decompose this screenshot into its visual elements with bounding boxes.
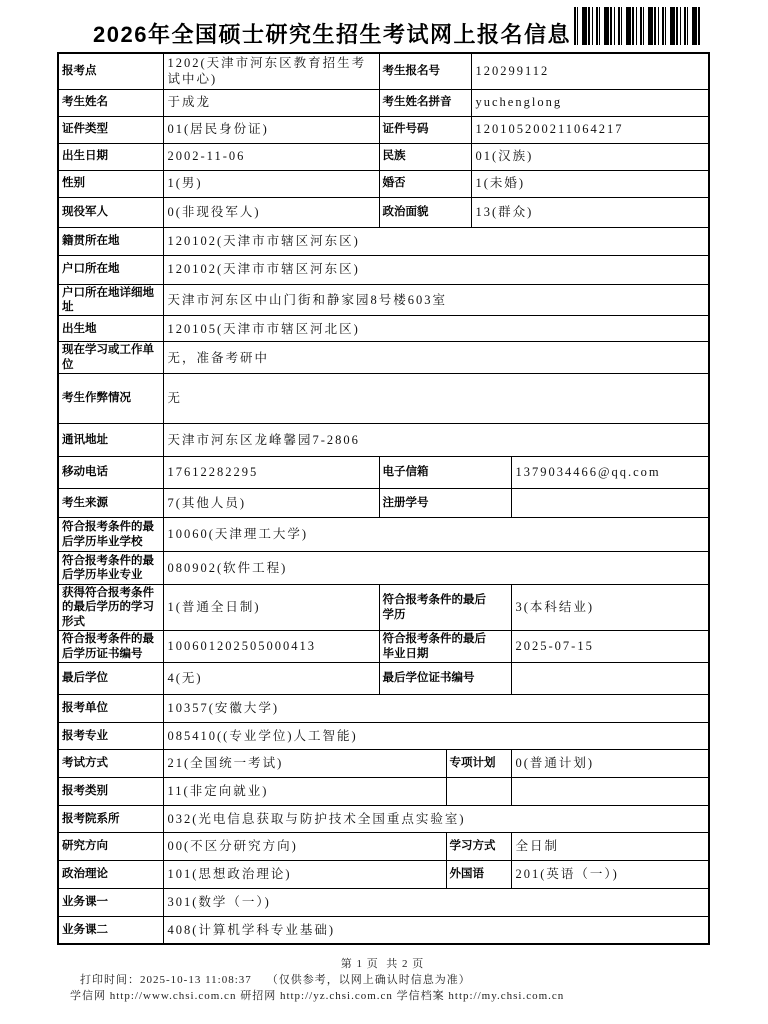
field-label: 出生地 — [58, 316, 163, 342]
table-row: 籍贯所在地120102(天津市市辖区河东区) — [58, 227, 709, 255]
field-value: 2002-11-06 — [163, 143, 379, 170]
field-value: 1379034466@qq.com — [511, 457, 709, 489]
field-value: 21(全国统一考试) — [163, 749, 446, 777]
table-row: 通讯地址天津市河东区龙峰馨园7-2806 — [58, 424, 709, 457]
field-value: 4(无) — [163, 662, 379, 694]
field-label: 考生姓名 — [58, 89, 163, 116]
field-label: 业务课一 — [58, 888, 163, 916]
table-row: 性别1(男)婚否1(未婚) — [58, 170, 709, 197]
table-row: 户口所在地120102(天津市市辖区河东区) — [58, 255, 709, 284]
field-value: 201(英语（一）) — [511, 860, 709, 888]
field-label: 注册学号 — [379, 489, 511, 518]
field-value: 1(男) — [163, 170, 379, 197]
field-label: 符合报考条件的最后学历 — [379, 585, 511, 631]
field-label: 业务课二 — [58, 916, 163, 944]
field-value: 17612282295 — [163, 457, 379, 489]
field-label: 现在学习或工作单位 — [58, 342, 163, 374]
field-label: 政治面貌 — [379, 197, 471, 227]
field-value: 11(非定向就业) — [163, 777, 446, 805]
field-value: 1202(天津市河东区教育招生考试中心) — [163, 53, 379, 89]
table-row: 出生地120105(天津市市辖区河北区) — [58, 316, 709, 342]
table-row: 符合报考条件的最后学历毕业学校10060(天津理工大学) — [58, 518, 709, 552]
barcode-image — [574, 7, 701, 45]
page-title: 2026年全国硕士研究生招生考试网上报名信息 — [93, 18, 571, 49]
table-row: 获得符合报考条件的最后学历的学习形式1(普通全日制)符合报考条件的最后学历3(本… — [58, 585, 709, 631]
field-value: 3(本科结业) — [511, 585, 709, 631]
table-row: 考生作弊情况无 — [58, 374, 709, 424]
field-value: 天津市河东区龙峰馨园7-2806 — [163, 424, 709, 457]
table-row: 出生日期2002-11-06民族01(汉族) — [58, 143, 709, 170]
field-label: 考生报名号 — [379, 53, 471, 89]
field-value: 天津市河东区中山门街和静家园8号楼603室 — [163, 284, 709, 316]
footer-print-time: 打印时间：2025-10-13 11:08:37 （仅供参考，以网上确认时信息为… — [80, 971, 471, 987]
registration-info-table: 报考点1202(天津市河东区教育招生考试中心)考生报名号120299112考生姓… — [57, 52, 710, 945]
field-label: 证件类型 — [58, 116, 163, 143]
table-row: 考生姓名于成龙考生姓名拼音yuchenglong — [58, 89, 709, 116]
field-label: 证件号码 — [379, 116, 471, 143]
field-label: 外国语 — [446, 860, 511, 888]
table-row: 报考院系所032(光电信息获取与防护技术全国重点实验室) — [58, 805, 709, 832]
field-label: 获得符合报考条件的最后学历的学习形式 — [58, 585, 163, 631]
field-label: 报考专业 — [58, 722, 163, 749]
field-value — [511, 489, 709, 518]
field-value: 085410((专业学位)人工智能) — [163, 722, 709, 749]
field-label: 移动电话 — [58, 457, 163, 489]
field-label: 考试方式 — [58, 749, 163, 777]
field-value: 无 — [163, 374, 709, 424]
field-value: 2025-07-15 — [511, 631, 709, 663]
table-row: 政治理论101(思想政治理论)外国语201(英语（一）) — [58, 860, 709, 888]
table-row: 现在学习或工作单位无，准备考研中 — [58, 342, 709, 374]
field-label: 现役军人 — [58, 197, 163, 227]
field-label: 报考点 — [58, 53, 163, 89]
table-row: 户口所在地详细地址天津市河东区中山门街和静家园8号楼603室 — [58, 284, 709, 316]
table-row: 移动电话17612282295电子信箱1379034466@qq.com — [58, 457, 709, 489]
field-label: 考生姓名拼音 — [379, 89, 471, 116]
field-value: 于成龙 — [163, 89, 379, 116]
footer-page-indicator: 第 1 页 共 2 页 — [57, 955, 708, 971]
field-value: 01(居民身份证) — [163, 116, 379, 143]
table-row: 业务课一301(数学（一）) — [58, 888, 709, 916]
table-row: 现役军人0(非现役军人)政治面貌13(群众) — [58, 197, 709, 227]
table-row: 证件类型01(居民身份证)证件号码120105200211064217 — [58, 116, 709, 143]
field-value: 408(计算机学科专业基础) — [163, 916, 709, 944]
table-row: 研究方向00(不区分研究方向)学习方式全日制 — [58, 832, 709, 860]
field-value — [511, 662, 709, 694]
field-value: 301(数学（一）) — [163, 888, 709, 916]
field-value: 1(普通全日制) — [163, 585, 379, 631]
field-value: yuchenglong — [471, 89, 709, 116]
field-label: 报考类别 — [58, 777, 163, 805]
table-row: 报考单位10357(安徽大学) — [58, 694, 709, 722]
table-row: 业务课二408(计算机学科专业基础) — [58, 916, 709, 944]
field-value: 1(未婚) — [471, 170, 709, 197]
field-label: 民族 — [379, 143, 471, 170]
field-value: 00(不区分研究方向) — [163, 832, 446, 860]
table-row: 报考点1202(天津市河东区教育招生考试中心)考生报名号120299112 — [58, 53, 709, 89]
table-row: 报考类别11(非定向就业) — [58, 777, 709, 805]
field-label — [446, 777, 511, 805]
table-row: 报考专业085410((专业学位)人工智能) — [58, 722, 709, 749]
table-row: 符合报考条件的最后学历证书编号100601202505000413符合报考条件的… — [58, 631, 709, 663]
field-value: 7(其他人员) — [163, 489, 379, 518]
field-value: 10357(安徽大学) — [163, 694, 709, 722]
field-label: 报考院系所 — [58, 805, 163, 832]
field-label: 户口所在地详细地址 — [58, 284, 163, 316]
field-label: 户口所在地 — [58, 255, 163, 284]
field-label: 最后学位 — [58, 662, 163, 694]
field-value: 全日制 — [511, 832, 709, 860]
field-label: 符合报考条件的最后学历毕业专业 — [58, 552, 163, 585]
field-label: 符合报考条件的最后学历毕业学校 — [58, 518, 163, 552]
field-value: 无，准备考研中 — [163, 342, 709, 374]
field-label: 考生作弊情况 — [58, 374, 163, 424]
field-value: 120105(天津市市辖区河北区) — [163, 316, 709, 342]
field-label: 电子信箱 — [379, 457, 511, 489]
field-label: 考生来源 — [58, 489, 163, 518]
table-row: 最后学位4(无)最后学位证书编号 — [58, 662, 709, 694]
field-label: 籍贯所在地 — [58, 227, 163, 255]
field-value: 120105200211064217 — [471, 116, 709, 143]
field-value: 120299112 — [471, 53, 709, 89]
field-label: 报考单位 — [58, 694, 163, 722]
field-value: 120102(天津市市辖区河东区) — [163, 255, 709, 284]
registration-form-page: 2026年全国硕士研究生招生考试网上报名信息 报考点1202(天津市河东区教育招… — [0, 0, 768, 1024]
field-label: 符合报考条件的最后学历证书编号 — [58, 631, 163, 663]
field-value: 080902(软件工程) — [163, 552, 709, 585]
field-label: 符合报考条件的最后毕业日期 — [379, 631, 511, 663]
field-label: 学习方式 — [446, 832, 511, 860]
field-label: 政治理论 — [58, 860, 163, 888]
field-value: 01(汉族) — [471, 143, 709, 170]
field-value: 101(思想政治理论) — [163, 860, 446, 888]
field-label: 性别 — [58, 170, 163, 197]
table-row: 符合报考条件的最后学历毕业专业080902(软件工程) — [58, 552, 709, 585]
table-row: 考试方式21(全国统一考试)专项计划0(普通计划) — [58, 749, 709, 777]
footer-site-links: 学信网 http://www.chsi.com.cn 研招网 http://yz… — [70, 987, 564, 1003]
field-value: 120102(天津市市辖区河东区) — [163, 227, 709, 255]
field-label: 出生日期 — [58, 143, 163, 170]
field-value: 100601202505000413 — [163, 631, 379, 663]
field-value: 13(群众) — [471, 197, 709, 227]
field-value: 0(非现役军人) — [163, 197, 379, 227]
field-value: 0(普通计划) — [511, 749, 709, 777]
table-row: 考生来源7(其他人员)注册学号 — [58, 489, 709, 518]
field-label: 婚否 — [379, 170, 471, 197]
field-label: 最后学位证书编号 — [379, 662, 511, 694]
field-label: 研究方向 — [58, 832, 163, 860]
field-value: 032(光电信息获取与防护技术全国重点实验室) — [163, 805, 709, 832]
field-label: 通讯地址 — [58, 424, 163, 457]
field-value: 10060(天津理工大学) — [163, 518, 709, 552]
field-label: 专项计划 — [446, 749, 511, 777]
field-value — [511, 777, 709, 805]
